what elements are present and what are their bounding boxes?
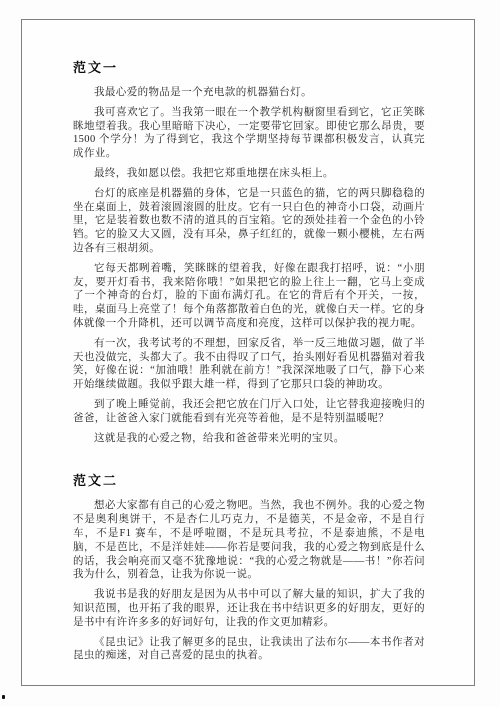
paragraph: 《昆虫记》让我了解更多的昆虫，让我读出了法布尔——本书作者对昆虫的痴迷，对自己喜… — [73, 636, 425, 664]
section-heading: 范文二 — [73, 474, 425, 490]
essay-section-2: 范文二 想必大家都有自己的心爱之物吧。当然，我也不例外。我的心爱之物不是奥利奥饼… — [73, 474, 425, 663]
essay-section-1: 范文一 我最心爱的物品是一个充电款的机器猫台灯。 我可喜欢它了。当我第一眼在一个… — [73, 61, 425, 445]
paragraph: 台灯的底座是机器猫的身体，它是一只蓝色的猫，它的两只脚稳稳的坐在桌面上，鼓着滚圆… — [73, 187, 425, 256]
scan-speck-artifact — [2, 695, 5, 699]
paragraph: 我最心爱的物品是一个充电款的机器猫台灯。 — [73, 86, 425, 100]
paragraph: 有一次，我考试考的不理想，回家反省，举一反三地做习题，做了半天也没做完，头都大了… — [73, 337, 425, 392]
paragraph: 我说书是我的好朋友是因为从书中可以了解大量的知识，扩大了我的知识范围，也开拓了我… — [73, 588, 425, 629]
paragraph: 最终，我如愿以偿。我把它郑重地摆在床头柜上。 — [73, 167, 425, 181]
paragraph: 这就是我的心爱之物，给我和爸爸带来光明的宝贝。 — [73, 432, 425, 446]
paragraph: 它每天都咧着嘴，笑眯眯的望着我，好像在跟我打招呼，说：“小朋友，要开灯看书，我来… — [73, 262, 425, 331]
paragraph: 我可喜欢它了。当我第一眼在一个教学机构橱窗里看到它，它正笑眯眯地望着我。我心里暗… — [73, 106, 425, 161]
paragraph: 想必大家都有自己的心爱之物吧。当然，我也不例外。我的心爱之物不是奥利奥饼干，不是… — [73, 499, 425, 582]
scanned-document-page: 范文一 我最心爱的物品是一个充电款的机器猫台灯。 我可喜欢它了。当我第一眼在一个… — [0, 0, 500, 707]
paragraph: 到了晚上睡觉前，我还会把它放在门厅入口处，让它替我迎接晚归的爸爸，让爸爸入家门就… — [73, 398, 425, 426]
document-body: 范文一 我最心爱的物品是一个充电款的机器猫台灯。 我可喜欢它了。当我第一眼在一个… — [73, 61, 425, 669]
section-heading: 范文一 — [73, 61, 425, 77]
